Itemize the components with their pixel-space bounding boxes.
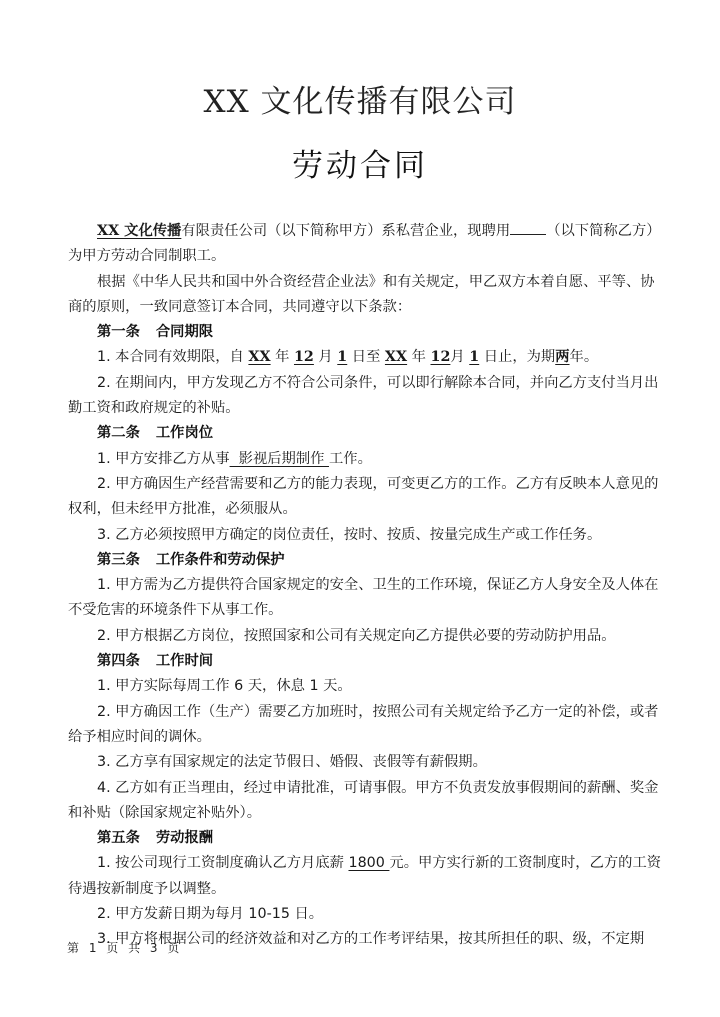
article-4-item-1: 1. 甲方实际每周工作 6 天，休息 1 天。	[68, 674, 668, 699]
article-5-item-1: 1. 按公司现行工资制度确认乙方月底薪 1800 元。甲方实行新的工资制度时，乙…	[68, 851, 668, 902]
article-2-heading: 第二条工作岗位	[68, 421, 668, 446]
end-year: XX	[385, 349, 407, 365]
base-salary: 1800	[348, 855, 389, 871]
page-number-footer: 第 1 页 共 3 页	[67, 939, 182, 956]
employee-name-blank[interactable]	[510, 220, 546, 235]
article-1-item-1: 1. 本合同有效期限，自 XX 年 12 月 1 日至 XX 年 12月 1 日…	[68, 345, 668, 370]
intro-paragraph-2: 根据《中华人民共和国中外合资经营企业法》和有关规定，甲乙双方本着自愿、平等、协商…	[68, 270, 668, 321]
start-day: 1	[337, 349, 347, 365]
article-1-heading: 第一条合同期限	[68, 320, 668, 345]
article-3-heading: 第三条工作条件和劳动保护	[68, 548, 668, 573]
article-2-item-2: 2. 甲方确因生产经营需要和乙方的能力表现，可变更乙方的工作。乙方有反映本人意见…	[68, 472, 668, 523]
article-5-item-2: 2. 甲方发薪日期为每月 10-15 日。	[68, 902, 668, 927]
document-title: 劳动合同	[0, 140, 720, 185]
article-4-heading: 第四条工作时间	[68, 649, 668, 674]
contract-duration: 两	[555, 349, 569, 365]
article-1-item-2: 2. 在期间内，甲方发现乙方不符合公司条件，可以即行解除本合同，并向乙方支付当月…	[68, 371, 668, 422]
end-month: 12	[431, 349, 451, 365]
company-title: XX 文化传播有限公司	[0, 76, 720, 121]
article-3-item-1: 1. 甲方需为乙方提供符合国家规定的安全、卫生的工作环境，保证乙方人身安全及人体…	[68, 573, 668, 624]
company-name-underlined: XX 文化传播	[97, 223, 181, 239]
contract-body: XX 文化传播有限责任公司（以下简称甲方）系私营企业，现聘用（以下简称乙方）为甲…	[68, 219, 668, 953]
article-4-item-3: 3. 乙方享有国家规定的法定节假日、婚假、丧假等有薪假期。	[68, 750, 668, 775]
job-position: 影视后期制作	[230, 451, 329, 467]
start-month: 12	[294, 349, 314, 365]
start-year: XX	[248, 349, 270, 365]
intro-paragraph-1: XX 文化传播有限责任公司（以下简称甲方）系私营企业，现聘用（以下简称乙方）为甲…	[68, 219, 668, 270]
article-2-item-3: 3. 乙方必须按照甲方确定的岗位责任，按时、按质、按量完成生产或工作任务。	[68, 523, 668, 548]
article-2-item-1: 1. 甲方安排乙方从事 影视后期制作 工作。	[68, 447, 668, 472]
article-4-item-4: 4. 乙方如有正当理由，经过申请批准，可请事假。甲方不负责发放事假期间的薪酬、奖…	[68, 776, 668, 827]
article-5-heading: 第五条劳动报酬	[68, 826, 668, 851]
document-page: XX 文化传播有限公司 劳动合同 XX 文化传播有限责任公司（以下简称甲方）系私…	[0, 0, 720, 1017]
article-4-item-2: 2. 甲方确因工作（生产）需要乙方加班时，按照公司有关规定给予乙方一定的补偿，或…	[68, 700, 668, 751]
end-day: 1	[469, 349, 479, 365]
article-3-item-2: 2. 甲方根据乙方岗位，按照国家和公司有关规定向乙方提供必要的劳动防护用品。	[68, 624, 668, 649]
